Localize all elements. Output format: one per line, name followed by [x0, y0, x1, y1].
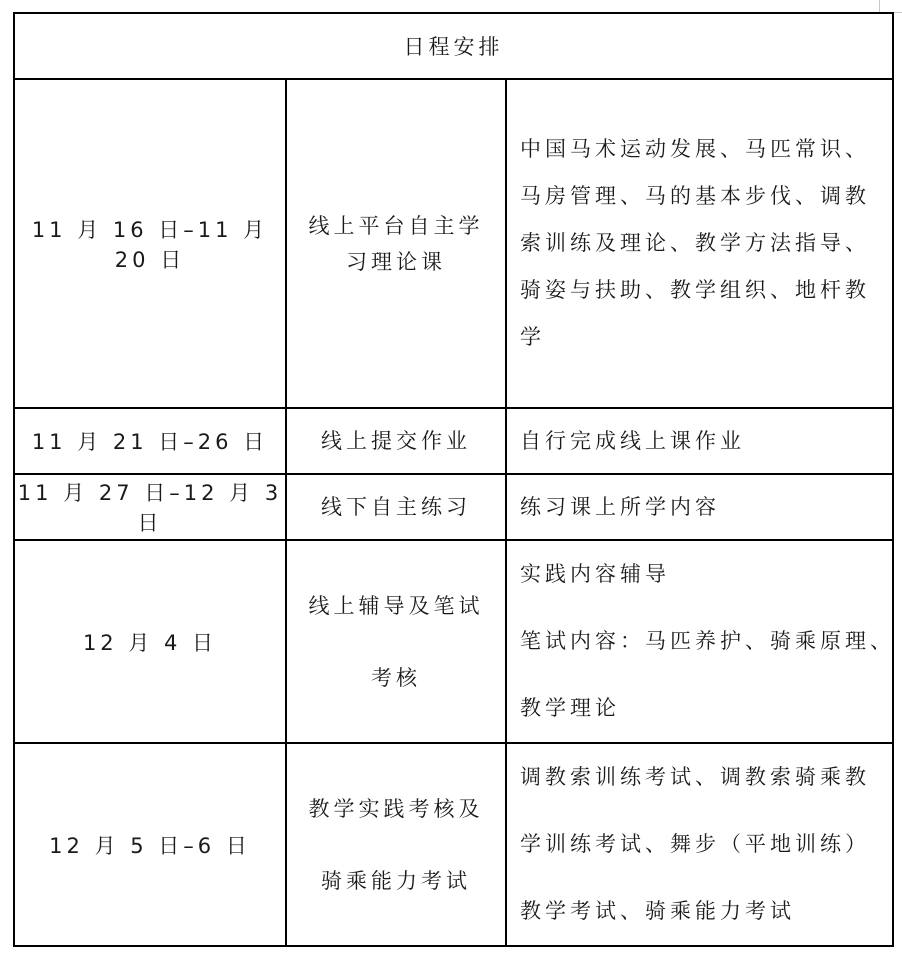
table-row: 12 月 4 日 线上辅导及笔试 考核 实践内容辅导 笔试内容：马匹养护、骑乘原…: [14, 540, 893, 743]
content-line: 实践内容辅导: [520, 541, 886, 608]
activity-cell: 线上辅导及笔试 考核: [286, 540, 506, 743]
activity-cell: 线下自主练习: [286, 474, 506, 540]
content-line: 学训练考试、舞步（平地训练）: [520, 811, 886, 878]
schedule-table: 日程安排 11 月 16 日–11 月 20 日 线上平台自主学 习理论课 中国…: [13, 12, 894, 947]
content-cell: 练习课上所学内容: [506, 474, 893, 540]
content-cell: 自行完成线上课作业: [506, 408, 893, 474]
content-line: 教学理论: [520, 675, 886, 742]
content-line: 调教索训练考试、调教索骑乘教: [520, 744, 886, 811]
activity-cell: 教学实践考核及 骑乘能力考试: [286, 743, 506, 946]
content-line: 自行完成线上课作业: [520, 418, 886, 464]
activity-cell: 线上平台自主学 习理论课: [286, 79, 506, 408]
content-line: 教学考试、骑乘能力考试: [520, 878, 886, 945]
table-row: 11 月 27 日–12 月 3 日 线下自主练习 练习课上所学内容: [14, 474, 893, 540]
activity-cell: 线上提交作业: [286, 408, 506, 474]
table-row: 12 月 5 日–6 日 教学实践考核及 骑乘能力考试 调教索训练考试、调教索骑…: [14, 743, 893, 946]
date-cell: 11 月 27 日–12 月 3 日: [14, 474, 286, 540]
activity-line: 线上提交作业: [287, 423, 505, 459]
content-line: 练习课上所学内容: [520, 484, 886, 530]
content-line: 骑姿与扶助、教学组织、地杆教: [520, 267, 886, 314]
table-row: 11 月 16 日–11 月 20 日 线上平台自主学 习理论课 中国马术运动发…: [14, 79, 893, 408]
date-cell: 11 月 16 日–11 月 20 日: [14, 79, 286, 408]
activity-line: 骑乘能力考试: [287, 845, 505, 917]
content-cell: 实践内容辅导 笔试内容：马匹养护、骑乘原理、 教学理论: [506, 540, 893, 743]
date-cell: 12 月 4 日: [14, 540, 286, 743]
content-line: 马房管理、马的基本步伐、调教: [520, 173, 886, 220]
table-header-row: 日程安排: [14, 13, 893, 79]
content-line: 中国马术运动发展、马匹常识、: [520, 126, 886, 173]
activity-line: 考核: [287, 642, 505, 714]
page-corner-mark: [879, 0, 880, 12]
activity-line: 线上辅导及笔试: [287, 570, 505, 642]
table-row: 11 月 21 日–26 日 线上提交作业 自行完成线上课作业: [14, 408, 893, 474]
date-cell: 11 月 21 日–26 日: [14, 408, 286, 474]
activity-line: 线上平台自主学: [287, 208, 505, 244]
content-cell: 中国马术运动发展、马匹常识、 马房管理、马的基本步伐、调教 索训练及理论、教学方…: [506, 79, 893, 408]
content-line: 学: [520, 314, 886, 361]
activity-line: 线下自主练习: [287, 489, 505, 525]
date-cell: 12 月 5 日–6 日: [14, 743, 286, 946]
activity-line: 教学实践考核及: [287, 773, 505, 845]
activity-line: 习理论课: [287, 244, 505, 280]
content-line: 索训练及理论、教学方法指导、: [520, 220, 886, 267]
table-title: 日程安排: [14, 13, 893, 79]
content-cell: 调教索训练考试、调教索骑乘教 学训练考试、舞步（平地训练） 教学考试、骑乘能力考…: [506, 743, 893, 946]
content-line: 笔试内容：马匹养护、骑乘原理、: [520, 608, 886, 675]
